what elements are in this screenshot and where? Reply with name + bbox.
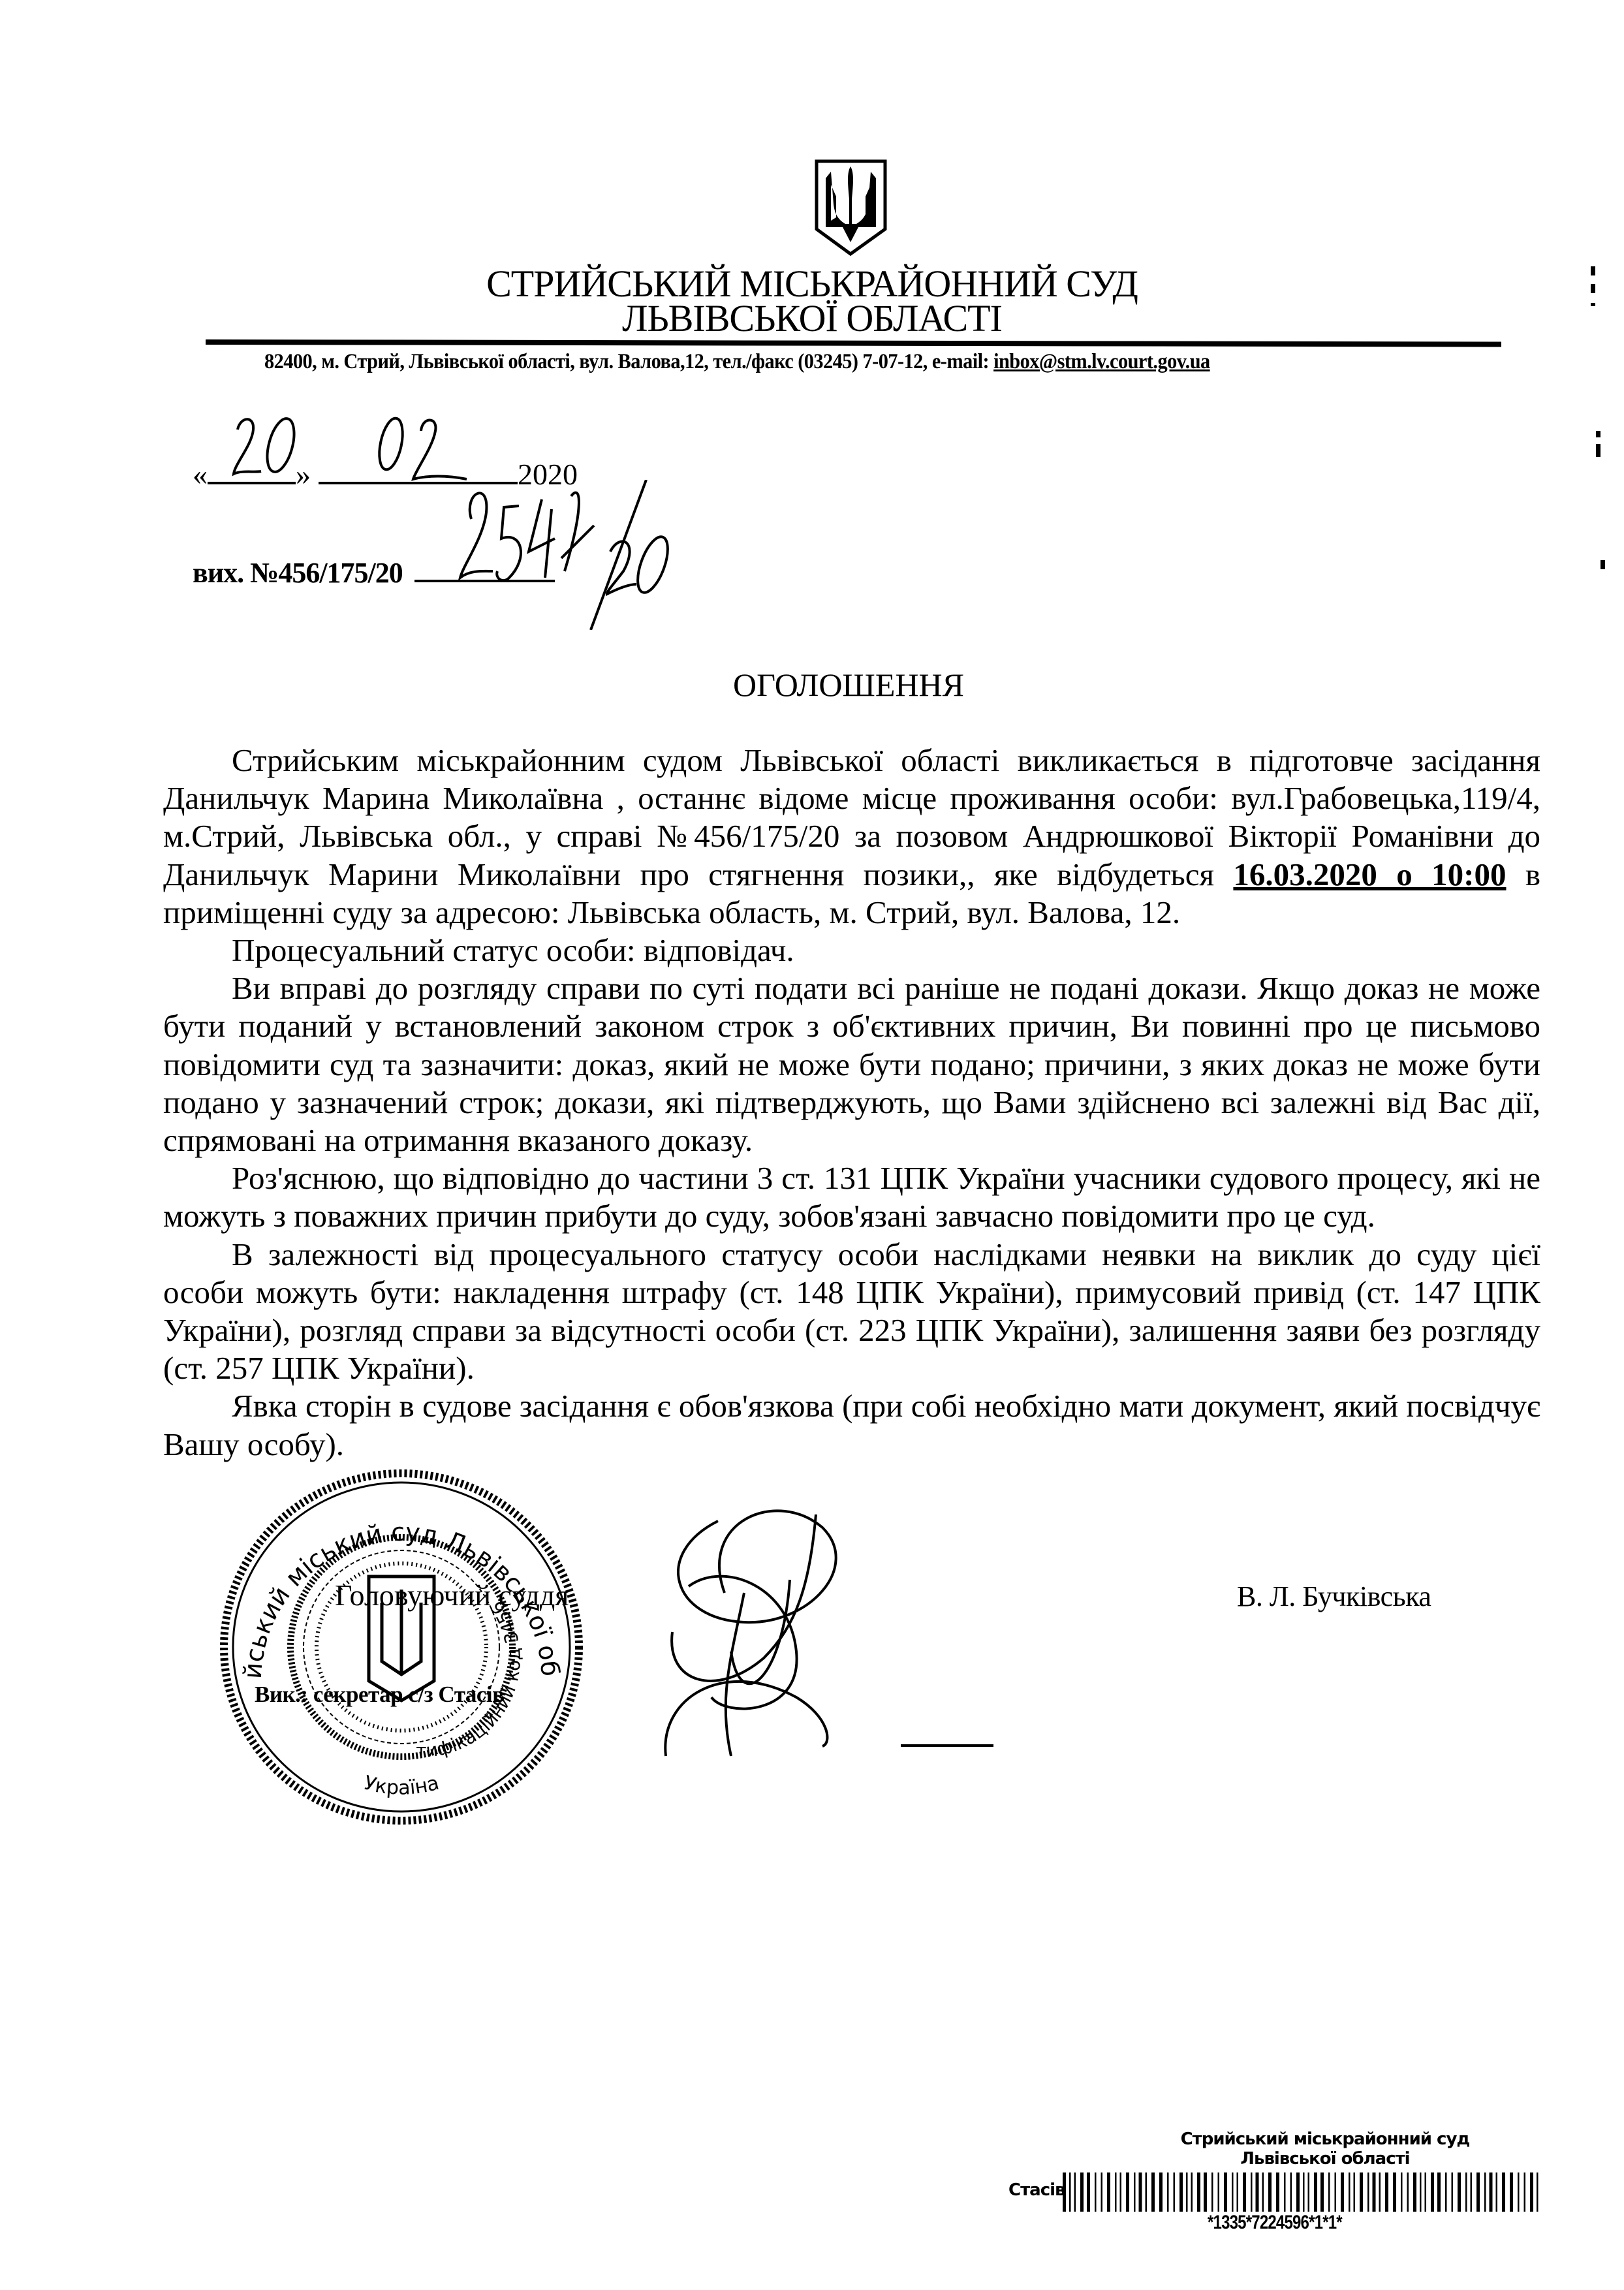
barcode-number: *1335*7224596*1*1* (1208, 2212, 1342, 2234)
scan-artifact (1596, 431, 1601, 437)
hearing-datetime: 16.03.2020 о 10:00 (1233, 856, 1506, 892)
scan-artifact (1596, 444, 1601, 457)
document-barcode (1063, 2172, 1542, 2212)
address-text: 82400, м. Стрий, Львівської області, вул… (264, 350, 993, 373)
svg-text:Україна: Україна (362, 1772, 442, 1800)
barcode-org-line2: Львівської області (1168, 2149, 1482, 2169)
announcement-body: Стрийським міськрайонним судом Львівсько… (163, 742, 1540, 1464)
barcode-org-line1: Стрийський міськрайонний суд (1168, 2129, 1482, 2149)
judge-name: В. Л. Бучківська (1237, 1580, 1431, 1613)
paragraph-consequences: В залежності від процесуального статусу … (163, 1236, 1540, 1388)
barcode-organization: Стрийський міськрайонний суд Львівської … (1168, 2129, 1482, 2169)
ukraine-trident-icon (814, 159, 888, 257)
paragraph-evidence: Ви вправі до розгляду справи по суті под… (163, 969, 1540, 1159)
judge-signature (646, 1501, 940, 1769)
header-divider (206, 339, 1501, 347)
paragraph-notice: Роз'яснюю, що відповідно до частини 3 ст… (163, 1159, 1540, 1235)
paragraph-status: Процесуальний статус особи: відповідач. (163, 932, 1540, 969)
court-name-line2: ЛЬВІВСЬКОЇ ОБЛАСТІ (0, 300, 1624, 337)
paragraph-attendance: Явка сторін в судове засідання є обов'яз… (163, 1387, 1540, 1463)
handwritten-month: 02 (375, 411, 473, 486)
document-title: ОГОЛОШЕННЯ (0, 666, 1624, 704)
executor-line: Вик.: секретар с/з Стасів (255, 1682, 505, 1708)
presiding-judge-label: Головуючий суддя (335, 1578, 569, 1612)
court-seal-stamp: Стрийський міський суд Львівської област… (215, 1466, 587, 1828)
paragraph-summons: Стрийським міськрайонним судом Львівсько… (163, 742, 1540, 932)
handwritten-outgoing-number: 2547/20 (457, 480, 672, 630)
scan-artifact (1601, 560, 1605, 569)
outgoing-label: вих. №456/175/20 (193, 557, 403, 589)
court-address: 82400, м. Стрий, Львівської області, вул… (264, 350, 1364, 374)
signature-line (901, 1744, 993, 1747)
handwritten-day: 20 (228, 411, 300, 483)
email-link[interactable]: inbox@stm.lv.court.gov.ua (993, 350, 1210, 373)
open-quote: « (193, 458, 208, 491)
barcode-executor: Стасів (1008, 2180, 1065, 2200)
